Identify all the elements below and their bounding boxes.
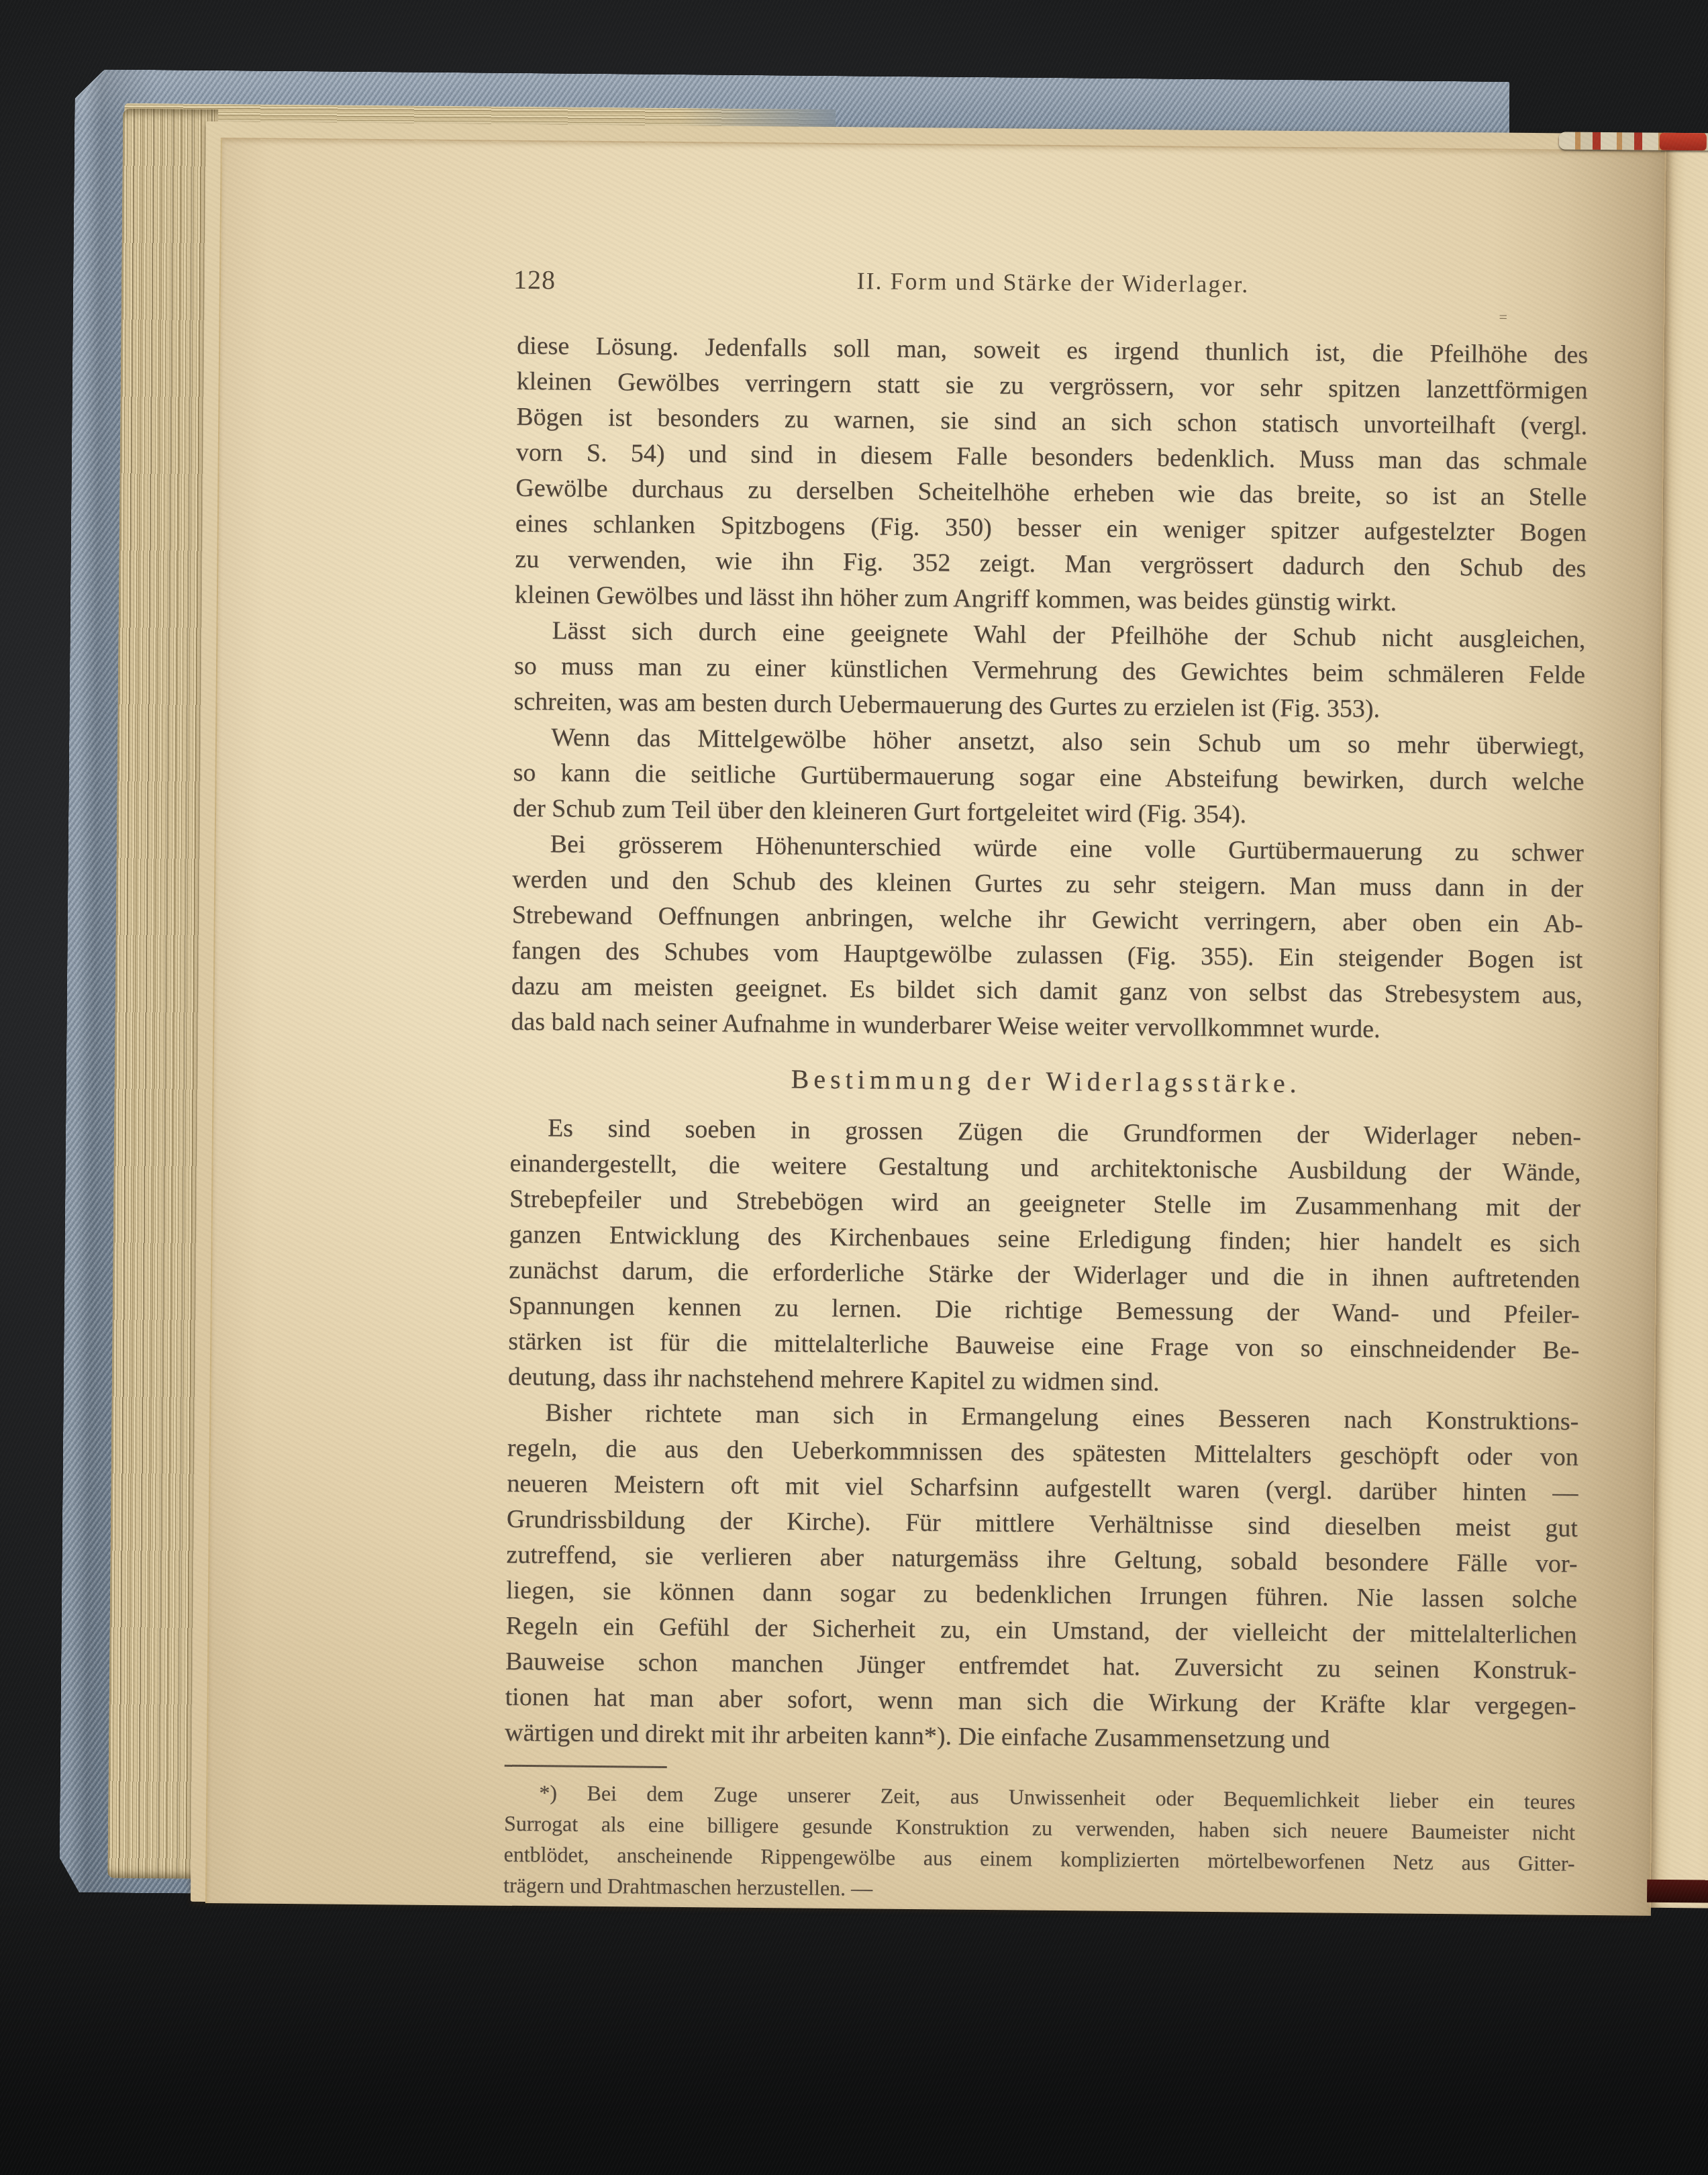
page-header: 128 II. Form und Stärke der Widerlager. [517,264,1589,311]
photo-background: 128 II. Form und Stärke der Widerlager. … [0,0,1708,2175]
paragraph: diese Lösung. Jedenfalls soll man, sowei… [515,328,1589,622]
page-number: 128 [513,264,556,296]
footnote-rule [505,1765,667,1768]
paragraph: Wenn das Mittelgewölbe höher ansetzt, al… [513,720,1585,836]
paragraph: Bei grösserem Höhenunterschied würde ein… [511,826,1584,1049]
headband [1559,132,1708,150]
paragraph: Bisher richtete man sich in Ermangelung … [505,1395,1579,1760]
paragraph: Es sind soeben in grossen Zügen die Grun… [508,1110,1582,1404]
headband-red-thread [1660,133,1707,151]
body-text: diese Lösung. Jedenfalls soll man, sowei… [505,328,1588,1760]
book-page: 128 II. Form und Stärke der Widerlager. … [205,138,1666,1916]
print-artifact: = [1499,309,1506,326]
footnote-text: *) Bei dem Zuge unserer Zeit, aus Unwiss… [503,1777,1576,1910]
book: 128 II. Form und Stärke der Widerlager. … [59,69,1708,1925]
section-heading: Bestimmung der Widerlagsstärke. [510,1059,1581,1104]
paragraph: Lässt sich durch eine geeignete Wahl der… [513,613,1585,729]
red-book-edge [1647,1880,1708,1903]
running-title: II. Form und Stärke der Widerlager. [517,264,1589,301]
